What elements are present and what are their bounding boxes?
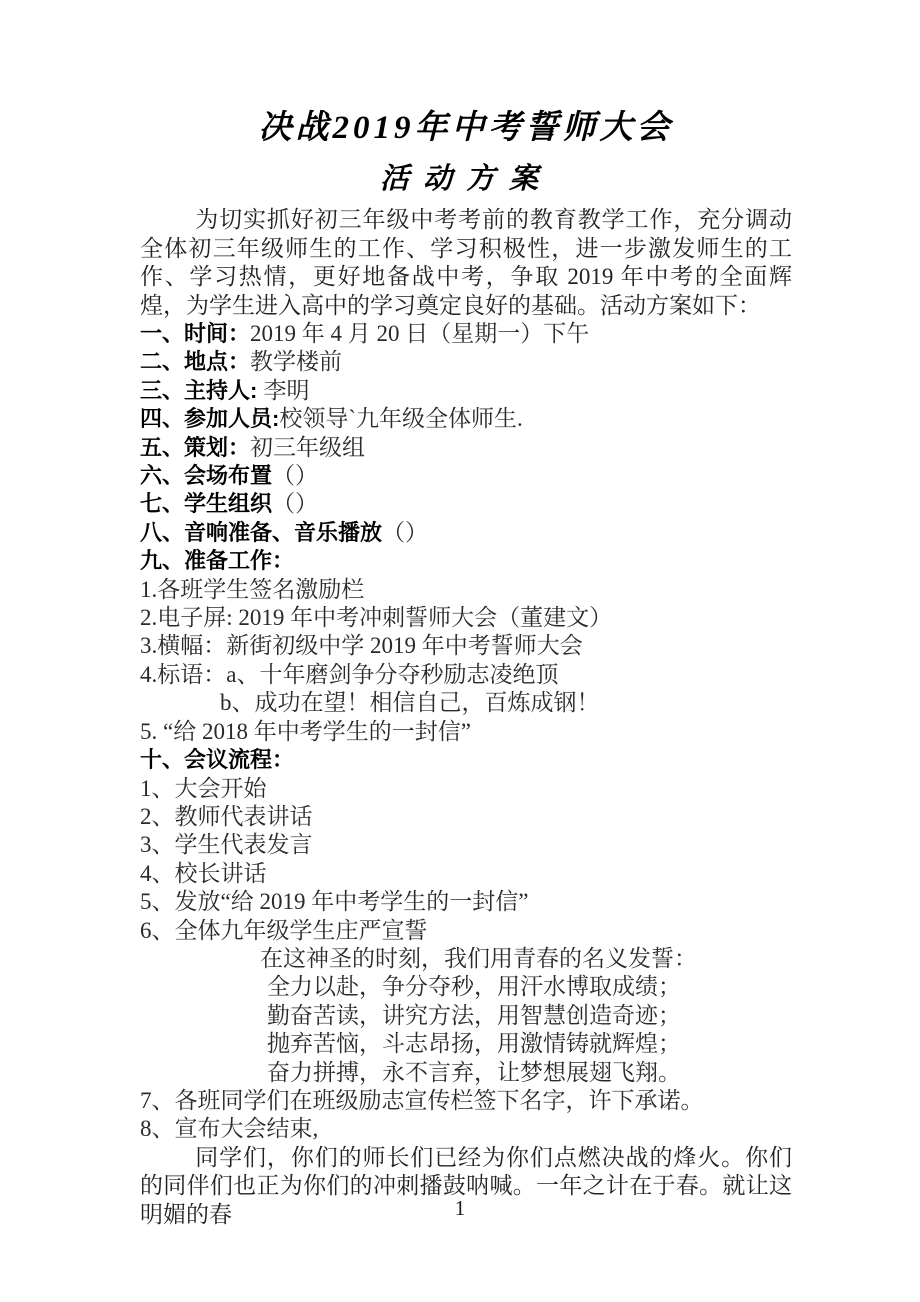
doc-line-prep-3: 3.横幅：新街初级中学 2019 年中考誓师大会	[140, 632, 792, 660]
line-text: 李明	[263, 378, 309, 403]
line-label: 八、音响准备、音乐播放	[140, 520, 382, 545]
doc-line-host: 三、主持人: 李明	[140, 377, 792, 405]
line-text: 3、学生代表发言	[140, 832, 313, 857]
doc-line-prep-4b: b、成功在望！相信自己，百炼成钢！	[140, 689, 792, 717]
doc-line-prep-4a: 4.标语：a、十年磨剑争分夺秒励志凌绝顶	[140, 661, 792, 689]
doc-line-prep-5: 5. “给 2018 年中考学生的一封信”	[140, 718, 792, 746]
doc-line-agenda-8: 8、宣布大会结束,	[140, 1115, 792, 1143]
line-label: 一、时间：	[140, 321, 250, 346]
doc-line-planner: 五、策划：初三年级组	[140, 434, 792, 462]
line-text: 初三年级组	[250, 435, 365, 460]
line-text: （）	[272, 463, 318, 488]
doc-line-prep-2: 2.电子屏: 2019 年中考冲刺誓师大会（董建文）	[140, 604, 792, 632]
line-text: 全力以赴，争分夺秒，用汗水博取成绩；	[267, 974, 681, 999]
line-label: 十、会议流程：	[140, 747, 294, 772]
doc-line-agenda-7: 7、各班同学们在班级励志宣传栏签下名字，许下承诺。	[140, 1087, 792, 1115]
doc-line-agenda-2: 2、教师代表讲话	[140, 803, 792, 831]
line-text: 7、各班同学们在班级励志宣传栏签下名字，许下承诺。	[140, 1088, 704, 1113]
line-text: 5、发放“给 2019 年中考学生的一封信”	[140, 889, 528, 914]
line-text: 5. “给 2018 年中考学生的一封信”	[140, 719, 471, 744]
doc-line-agenda-4: 4、校长讲话	[140, 860, 792, 888]
doc-line-oath-4: 奋力拼搏，永不言弃，让梦想展翅飞翔。	[140, 1059, 792, 1087]
document-page: 决战2019年中考誓师大会 活动方案 为切实抓好初三年级中考考前的教育教学工作，…	[0, 0, 920, 1302]
line-text: 6、全体九年级学生庄严宣誓	[140, 918, 428, 943]
doc-line-venue-setup: 六、会场布置（）	[140, 462, 792, 490]
intro-paragraph: 为切实抓好初三年级中考考前的教育教学工作，充分调动全体初三年级师生的工作、学习积…	[140, 206, 792, 320]
line-text: 1.各班学生签名激励栏	[140, 577, 364, 602]
line-text: 在这神圣的时刻，我们用青春的名义发誓：	[260, 946, 697, 971]
doc-line-oath-2: 勤奋苦读，讲究方法，用智慧创造奇迹；	[140, 1002, 792, 1030]
line-label: 六、会场布置	[140, 463, 272, 488]
doc-line-agenda-1: 1、大会开始	[140, 775, 792, 803]
line-text: 抛弃苦恼，斗志昂扬，用激情铸就辉煌；	[267, 1031, 681, 1056]
doc-line-agenda-6: 6、全体九年级学生庄严宣誓	[140, 917, 792, 945]
line-text: 1、大会开始	[140, 776, 267, 801]
line-text: 8、宣布大会结束,	[140, 1116, 318, 1141]
doc-title: 决战2019年中考誓师大会	[140, 104, 792, 152]
doc-line-agenda-3: 3、学生代表发言	[140, 831, 792, 859]
line-label: 三、主持人:	[140, 378, 263, 403]
doc-subtitle: 活动方案	[140, 158, 792, 200]
line-label: 四、参加人员:	[140, 406, 279, 431]
line-label: 二、地点：	[140, 349, 250, 374]
line-text: 3.横幅：新街初级中学 2019 年中考誓师大会	[140, 633, 583, 658]
document-content: 决战2019年中考誓师大会 活动方案 为切实抓好初三年级中考考前的教育教学工作，…	[140, 104, 792, 1229]
page-number: 1	[0, 1196, 920, 1221]
line-text: 教学楼前	[250, 349, 342, 374]
doc-line-student-org: 七、学生组织（）	[140, 490, 792, 518]
line-text: 2019 年 4 月 20 日（星期一）下午	[250, 321, 589, 346]
line-label: 九、准备工作：	[140, 548, 294, 573]
line-text: 4.标语：a、十年磨剑争分夺秒励志凌绝顶	[140, 662, 558, 687]
line-text: 校领导`九年级全体师生.	[279, 406, 522, 431]
line-text: （）	[272, 491, 318, 516]
line-text: （）	[382, 520, 428, 545]
doc-line-prep-1: 1.各班学生签名激励栏	[140, 576, 792, 604]
line-text: 4、校长讲话	[140, 861, 267, 886]
doc-line-oath-1: 全力以赴，争分夺秒，用汗水博取成绩；	[140, 973, 792, 1001]
doc-line-agenda-heading: 十、会议流程：	[140, 746, 792, 774]
doc-line-agenda-5: 5、发放“给 2019 年中考学生的一封信”	[140, 888, 792, 916]
line-text: 2、教师代表讲话	[140, 804, 313, 829]
line-text: 奋力拼搏，永不言弃，让梦想展翅飞翔。	[267, 1060, 681, 1085]
line-text: 2.电子屏: 2019 年中考冲刺誓师大会（董建文）	[140, 605, 612, 630]
doc-line-participants: 四、参加人员:校领导`九年级全体师生.	[140, 405, 792, 433]
line-text: b、成功在望！相信自己，百炼成钢！	[220, 690, 600, 715]
line-label: 七、学生组织	[140, 491, 272, 516]
doc-line-place: 二、地点：教学楼前	[140, 348, 792, 376]
doc-line-audio: 八、音响准备、音乐播放（）	[140, 519, 792, 547]
doc-line-prep-heading: 九、准备工作：	[140, 547, 792, 575]
doc-line-time: 一、时间：2019 年 4 月 20 日（星期一）下午	[140, 320, 792, 348]
line-label: 五、策划：	[140, 435, 250, 460]
line-text: 勤奋苦读，讲究方法，用智慧创造奇迹；	[267, 1003, 681, 1028]
doc-line-oath-3: 抛弃苦恼，斗志昂扬，用激情铸就辉煌；	[140, 1030, 792, 1058]
doc-line-oath-intro: 在这神圣的时刻，我们用青春的名义发誓：	[140, 945, 792, 973]
